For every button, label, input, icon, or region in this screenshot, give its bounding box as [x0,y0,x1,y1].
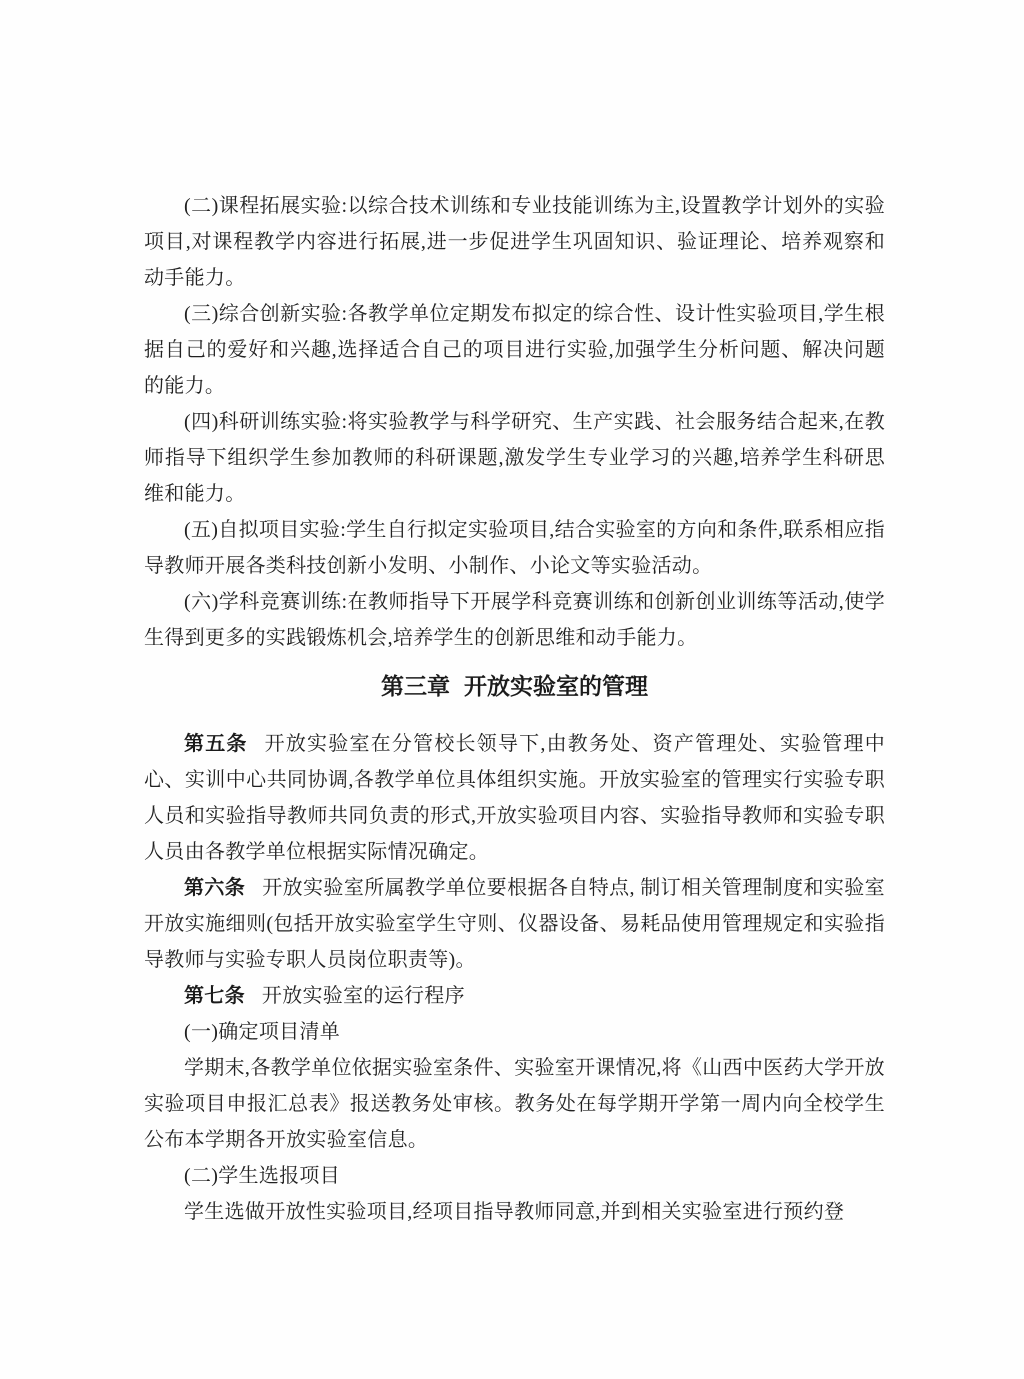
article-seven-label: 第七条 [184,985,245,1007]
article-six-label: 第六条 [184,877,245,899]
paragraph-item-2: (二)课程拓展实验:以综合技术训练和专业技能训练为主,设置教学计划外的实验项目,… [144,188,885,296]
article-five-text: 开放实验室在分管校长领导下,由教务处、资产管理处、实验管理中心、实训中心共同协调… [144,733,885,863]
article-five-paragraph: 第五条开放实验室在分管校长领导下,由教务处、资产管理处、实验管理中心、实训中心共… [144,726,885,870]
chapter-title: 开放实验室的管理 [464,673,648,699]
chapter-number: 第三章 [381,673,450,699]
text-block: (二)课程拓展实验:以综合技术训练和专业技能训练为主,设置教学计划外的实验项目,… [144,188,885,1230]
paragraph-semester-report: 学期末,各教学单位依据实验室条件、实验室开课情况,将《山西中医药大学开放实验项目… [144,1050,885,1158]
article-seven-text: 开放实验室的运行程序 [262,985,465,1007]
paragraph-item-6: (六)学科竞赛训练:在教师指导下开展学科竞赛训练和创新创业训练等活动,使学生得到… [144,584,885,656]
paragraph-student-selection: 学生选做开放性实验项目,经项目指导教师同意,并到相关实验室进行预约登 [144,1194,885,1230]
list-item-2-heading: (二)学生选报项目 [144,1158,885,1194]
article-five-label: 第五条 [184,733,248,755]
article-six-text: 开放实验室所属教学单位要根据各自特点, 制订相关管理制度和实验室开放实施细则(包… [144,877,885,971]
document-page: (二)课程拓展实验:以综合技术训练和专业技能训练为主,设置教学计划外的实验项目,… [0,0,1024,1379]
list-item-1-heading: (一)确定项目清单 [144,1014,885,1050]
chapter-heading: 第三章开放实验室的管理 [144,668,885,704]
paragraph-item-5: (五)自拟项目实验:学生自行拟定实验项目,结合实验室的方向和条件,联系相应指导教… [144,512,885,584]
article-six-paragraph: 第六条开放实验室所属教学单位要根据各自特点, 制订相关管理制度和实验室开放实施细… [144,870,885,978]
paragraph-item-3: (三)综合创新实验:各教学单位定期发布拟定的综合性、设计性实验项目,学生根据自己… [144,296,885,404]
article-seven-paragraph: 第七条开放实验室的运行程序 [144,978,885,1014]
paragraph-item-4: (四)科研训练实验:将实验教学与科学研究、生产实践、社会服务结合起来,在教师指导… [144,404,885,512]
